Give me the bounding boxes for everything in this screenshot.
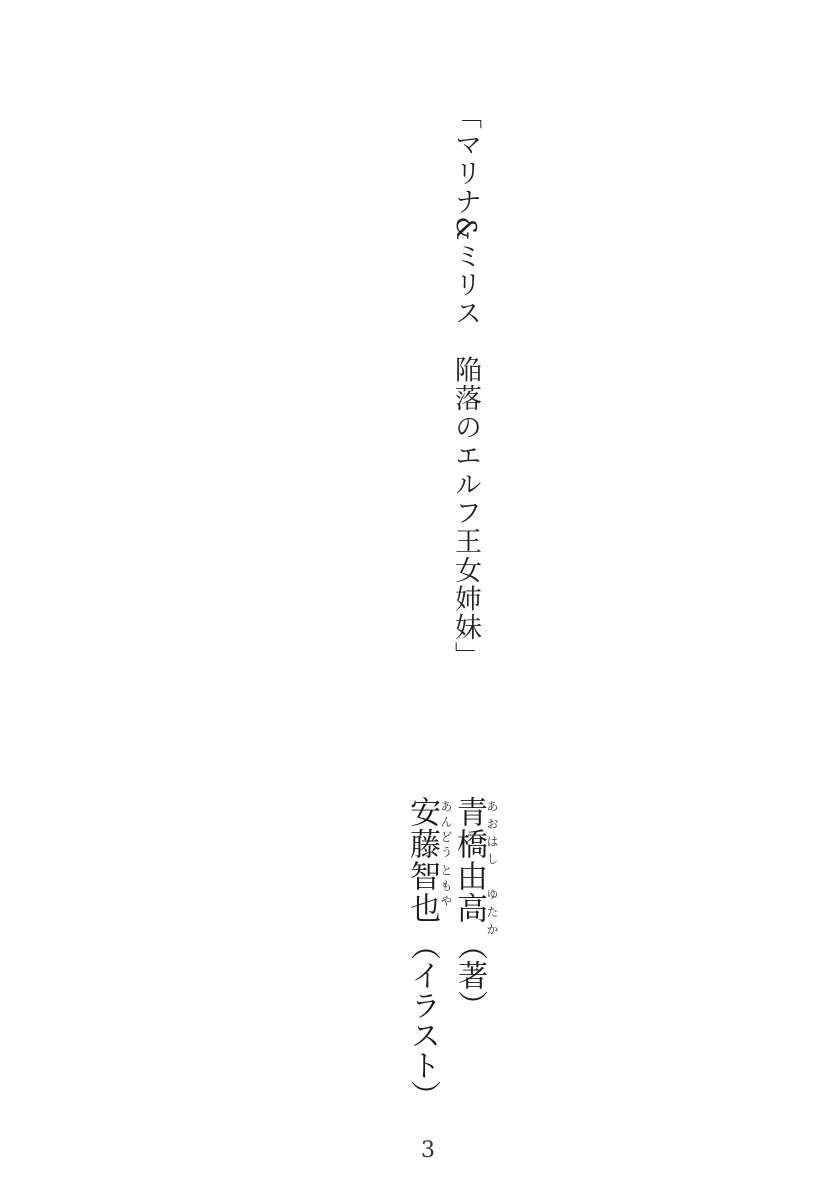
book-page: 「マリナ&ミリス陥落のエルフ王女姉妹」 青橋由高（著） あおはしゆたか 安藤智也… xyxy=(0,0,840,1191)
author-role: （著） xyxy=(452,930,487,1020)
illustrator-name: 安藤智也 xyxy=(404,796,440,924)
author-credit: 青橋由高（著） あおはしゆたか xyxy=(453,796,503,1076)
illustrator-role: （イラスト） xyxy=(405,930,440,1110)
author-ruby-family: あおはし xyxy=(485,800,499,870)
title-close-bracket: 」 xyxy=(450,642,481,671)
illustrator-name-block: 安藤智也（イラスト） xyxy=(406,796,437,1110)
author-ruby-given: ゆたか xyxy=(486,888,498,941)
author-name: 青橋由高 xyxy=(451,796,487,924)
illustrator-ruby: あんどうともや xyxy=(440,800,452,909)
illustrator-credit: 安藤智也（イラスト） あんどうともや xyxy=(406,796,456,1076)
title-open-bracket: 「 xyxy=(450,102,481,131)
book-title: 「マリナ&ミリス陥落のエルフ王女姉妹」 xyxy=(452,102,479,670)
title-subtitle: 陥落のエルフ王女姉妹 xyxy=(450,356,481,642)
page-number: 3 xyxy=(418,1138,438,1163)
author-ruby: あおはしゆたか xyxy=(486,800,498,941)
author-name-block: 青橋由高（著） xyxy=(453,796,484,1020)
illustrator-ruby-family: あんどう xyxy=(439,800,453,861)
title-series: マリナ&ミリス xyxy=(450,131,481,328)
illustrator-ruby-given: ともや xyxy=(440,864,452,910)
